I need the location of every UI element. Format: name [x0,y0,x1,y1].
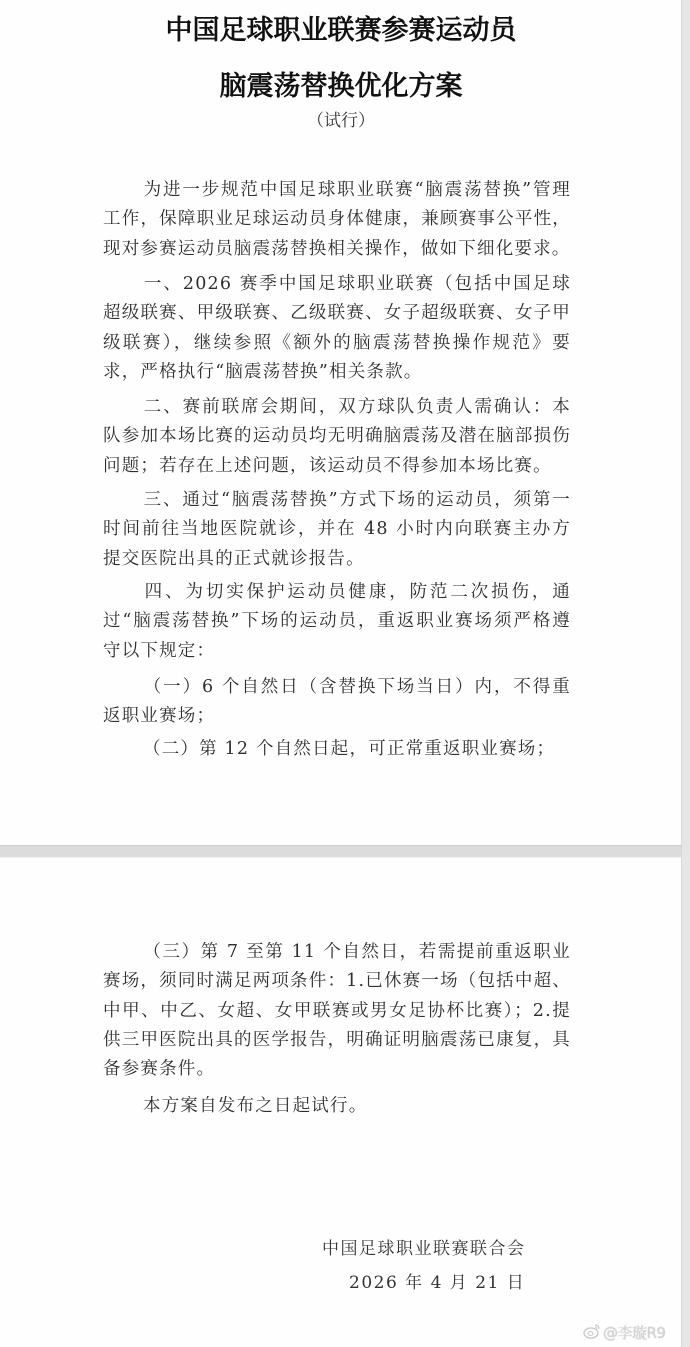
paragraph-4-item-2-text: （二）第 12 个自然日起，可正常重返职业赛场； [143,739,555,759]
page-divider [0,845,690,858]
signature-organization: 中国足球职业联赛联合会 [322,1234,526,1259]
document-page-1: 中国足球职业联赛参赛运动员 脑震荡替换优化方案 （试行） 为进一步规范中国足球职… [0,0,682,845]
paragraph-4-item-3-text: （三）第 7 至第 11 个自然日，若需提前重返职业赛场，须同时满足两项条件：1… [103,942,571,1079]
document-page-2: （三）第 7 至第 11 个自然日，若需提前重返职业赛场，须同时满足两项条件：1… [0,858,682,1347]
paragraph-closing: 本方案自发布之日起试行。 [103,1092,571,1121]
paragraph-intro-text: 为进一步规范中国足球职业联赛“脑震荡替换”管理工作，保障职业足球运动员身体健康，… [103,180,571,259]
document-title-line-1: 中国足球职业联赛参赛运动员 [0,8,682,47]
paragraph-3-text: 三、通过“脑震荡替换”方式下场的运动员，须第一时间前往当地医院就诊，并在 48 … [103,490,571,569]
paragraph-4-item-2: （二）第 12 个自然日起，可正常重返职业赛场； [103,735,571,764]
paragraph-4-item-1-text: （一）6 个自然日（含替换下场当日）内，不得重返职业赛场； [103,677,571,726]
signature-date: 2026 年 4 月 21 日 [349,1268,525,1293]
document-title-line-2: 脑震荡替换优化方案 [0,64,682,103]
paragraph-4-item-1: （一）6 个自然日（含替换下场当日）内，不得重返职业赛场； [103,673,571,732]
paragraph-2: 二、赛前联席会期间，双方球队负责人需确认：本队参加本场比赛的运动员均无明确脑震荡… [103,393,571,481]
paragraph-4-text: 四、为切实保护运动员健康，防范二次损伤，通过“脑震荡替换”下场的运动员，重返职业… [103,582,571,661]
document-subtitle: （试行） [0,106,682,131]
paragraph-2-text: 二、赛前联席会期间，双方球队负责人需确认：本队参加本场比赛的运动员均无明确脑震荡… [103,397,571,476]
paragraph-4: 四、为切实保护运动员健康，防范二次损伤，通过“脑震荡替换”下场的运动员，重返职业… [103,578,571,666]
paragraph-1-text: 一、2026 赛季中国足球职业联赛（包括中国足球超级联赛、甲级联赛、乙级联赛、女… [103,274,571,382]
paragraph-intro: 为进一步规范中国足球职业联赛“脑震荡替换”管理工作，保障职业足球运动员身体健康，… [103,176,571,264]
scroll-edge [681,0,690,1347]
watermark-text: @李璇R9 [603,1322,665,1343]
paragraph-1: 一、2026 赛季中国足球职业联赛（包括中国足球超级联赛、甲级联赛、乙级联赛、女… [103,270,571,387]
paragraph-closing-text: 本方案自发布之日起试行。 [143,1096,367,1116]
paragraph-3: 三、通过“脑震荡替换”方式下场的运动员，须第一时间前往当地医院就诊，并在 48 … [103,486,571,574]
weibo-icon [583,1323,601,1339]
paragraph-4-item-3: （三）第 7 至第 11 个自然日，若需提前重返职业赛场，须同时满足两项条件：1… [103,938,571,1084]
